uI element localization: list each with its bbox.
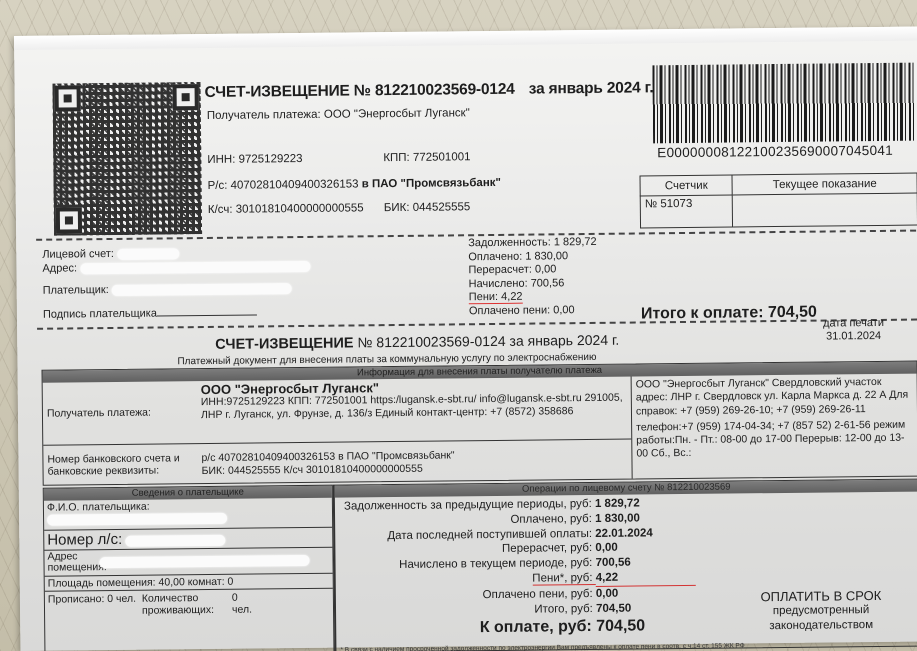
recipient-details: ООО "Энергосбыт Луганск" ИНН:9725129223 … (197, 377, 632, 444)
operation-value: 704,50 (596, 600, 696, 616)
invoice-number-second: № 812210023569-0124 за январь 2024 г. (357, 332, 619, 351)
account-label: Лицевой счет: (42, 248, 114, 261)
operation-label: Задолженность за предыдущие периоды, руб… (344, 498, 595, 513)
redacted-account (117, 248, 179, 260)
operations-lines: Задолженность за предыдущие периоды, руб… (335, 496, 696, 641)
redacted-payer (112, 283, 292, 296)
invoice-title: СЧЕТ-ИЗВЕЩЕНИЕ № 812210023569-0124 за ян… (205, 79, 654, 102)
qr-finder-icon (56, 207, 82, 233)
qr-finder-icon (173, 84, 199, 110)
bank-name: в ПАО "Промсвязьбанк" (362, 177, 501, 190)
payer-info-box: Сведения о плательщике Ф.И.О. плательщик… (43, 485, 335, 651)
invoice-period: за январь 2024 г. (529, 79, 654, 97)
settlement-account-line: Р/с: 40702810409400326153 в ПАО "Промсвя… (208, 177, 502, 192)
org-details: ИНН:9725129223 КПП: 772501001 https:/lug… (201, 392, 627, 422)
invoice-paper: СЧЕТ-ИЗВЕЩЕНИЕ № 812210023569-0124 за ян… (14, 27, 917, 651)
operation-value: 1 829,72 (595, 496, 695, 512)
invoice-title-second: СЧЕТ-ИЗВЕЩЕНИЕ № 812210023569-0124 за ян… (215, 332, 619, 353)
bank-label: Номер банковского счета и банковские рек… (43, 444, 197, 485)
recalc-line: Перерасчет: 0,00 (468, 263, 597, 278)
qr-finder-icon (55, 85, 81, 111)
branch-info: ООО "Энергосбыт Луганск" Свердловский уч… (631, 374, 917, 479)
operation-value: 22.01.2024 (595, 525, 695, 541)
operation-value: 0,00 (595, 540, 695, 556)
bik-line: БИК: 044525555 (384, 201, 471, 214)
fio-label: Ф.И.О. плательщика: (47, 499, 329, 514)
bank-details: р/с 40702810409400326153 в ПАО "Промсвяз… (197, 440, 631, 484)
residents-value: 0 чел. (226, 591, 256, 615)
recipient-info-table: Информация для внесения платы получателю… (41, 361, 917, 486)
recipient-line: Получатель платежа: ООО "Энергосбыт Луга… (207, 107, 470, 122)
residents-label: Количество проживающих: (142, 592, 226, 617)
operation-label: Оплачено пени, руб: (483, 588, 596, 601)
deadline-caps: ОПЛАТИТЬ В СРОК (736, 588, 906, 605)
signature-field[interactable] (157, 305, 257, 316)
operation-label: Дата последней поступившей оплаты: (387, 528, 595, 542)
print-date: дата печати 31.01.2024 (823, 317, 884, 344)
reading-header: Текущее показание (732, 173, 917, 195)
penalty-paid-line: Оплачено пени: 0,00 (469, 304, 598, 319)
redacted-account-number (125, 535, 225, 547)
operation-value: 700,56 (595, 555, 695, 571)
branch-contacts: телефон:+7 (959) 174-04-34; +7 (857 52) … (636, 418, 913, 461)
operations-header-text: Операции по лицевому счету № 81221002356… (522, 482, 731, 495)
payer-stub: Лицевой счет: Адрес: Плательщик: Подпись… (42, 245, 310, 322)
barcode-number: E00000008122100235690007045041 (657, 143, 893, 160)
corr-account-line: К/сч: 30101810400000000555 (208, 202, 364, 216)
operation-value: 4,22 (596, 570, 696, 587)
signature-label: Подпись плательщика (43, 308, 157, 321)
operation-value: 0,00 (596, 586, 696, 602)
deadline-rest: предусмотренный законодательством (736, 603, 906, 635)
payer-address-row: Адрес помещения: (44, 548, 332, 577)
print-date-value: 31.01.2024 (823, 330, 884, 344)
residents-row: Прописано: 0 чел. Количество проживающих… (45, 589, 333, 620)
qr-code-icon (53, 82, 203, 236)
operation-label: Начислено в текущем периоде, руб: (399, 557, 596, 571)
payer-fio-row: Ф.И.О. плательщика: (44, 498, 332, 531)
operation-value: 1 830,00 (595, 511, 695, 527)
account-number-label: Номер л/с: (47, 531, 122, 549)
debt-line: Задолженность: 1 829,72 (468, 236, 597, 251)
amount-to-pay-value: 704,50 (596, 615, 696, 638)
kpp-line: КПП: 772501001 (383, 151, 470, 164)
meter-header: Счетчик (640, 175, 733, 196)
meter-number: № 51073 (640, 195, 733, 228)
invoice-number: СЧЕТ-ИЗВЕЩЕНИЕ № 812210023569-0124 (205, 81, 515, 101)
recipient-label: Получатель платежа: (43, 381, 198, 445)
penalty-line: Пени: 4,22 (469, 291, 523, 305)
payment-deadline-note: ОПЛАТИТЬ В СРОК предусмотренный законода… (736, 588, 906, 635)
redacted-fio (47, 513, 227, 526)
accrued-line: Начислено: 700,56 (469, 277, 598, 292)
current-reading-field[interactable] (733, 193, 917, 227)
amount-to-pay: К оплате, руб: 704,50 (336, 615, 696, 641)
barcode-icon (652, 63, 915, 144)
meter-table: Счетчик Текущее показание № 51073 (639, 173, 917, 229)
inn-line: ИНН: 9725129223 (207, 153, 302, 166)
operations-box: Операции по лицевому счету № 81221002356… (333, 479, 917, 651)
branch-address: ООО "Энергосбыт Луганск" Свердловский уч… (636, 376, 913, 419)
redacted-address (80, 261, 310, 274)
paid-line: Оплачено: 1 830,00 (468, 250, 597, 265)
amount-to-pay-label: К оплате, руб: (480, 618, 597, 636)
operations-header: Операции по лицевому счету № 81221002356… (335, 480, 917, 498)
summary-top: Задолженность: 1 829,72 Оплачено: 1 830,… (468, 236, 597, 319)
operation-label: Перерасчет, руб: (502, 542, 596, 555)
print-date-label: дата печати (823, 317, 884, 331)
address-label: Адрес: (42, 262, 77, 274)
operation-label: Пени*, руб: (532, 572, 596, 586)
penalty-footnote: * В связи с наличием просроченной задолж… (340, 642, 744, 651)
operation-label: Оплачено, руб: (510, 513, 595, 526)
operation-label: Итого, руб: (534, 603, 596, 616)
redacted-premises-address (99, 555, 309, 568)
registered-count: Прописано: 0 чел. (48, 593, 142, 618)
invoice-title-label: СЧЕТ-ИЗВЕЩЕНИЕ (215, 335, 353, 352)
payer-label: Плательщик: (43, 284, 109, 297)
settlement-account: Р/с: 40702810409400326153 (208, 178, 359, 192)
premises-address-label: Адрес помещения: (47, 551, 99, 575)
